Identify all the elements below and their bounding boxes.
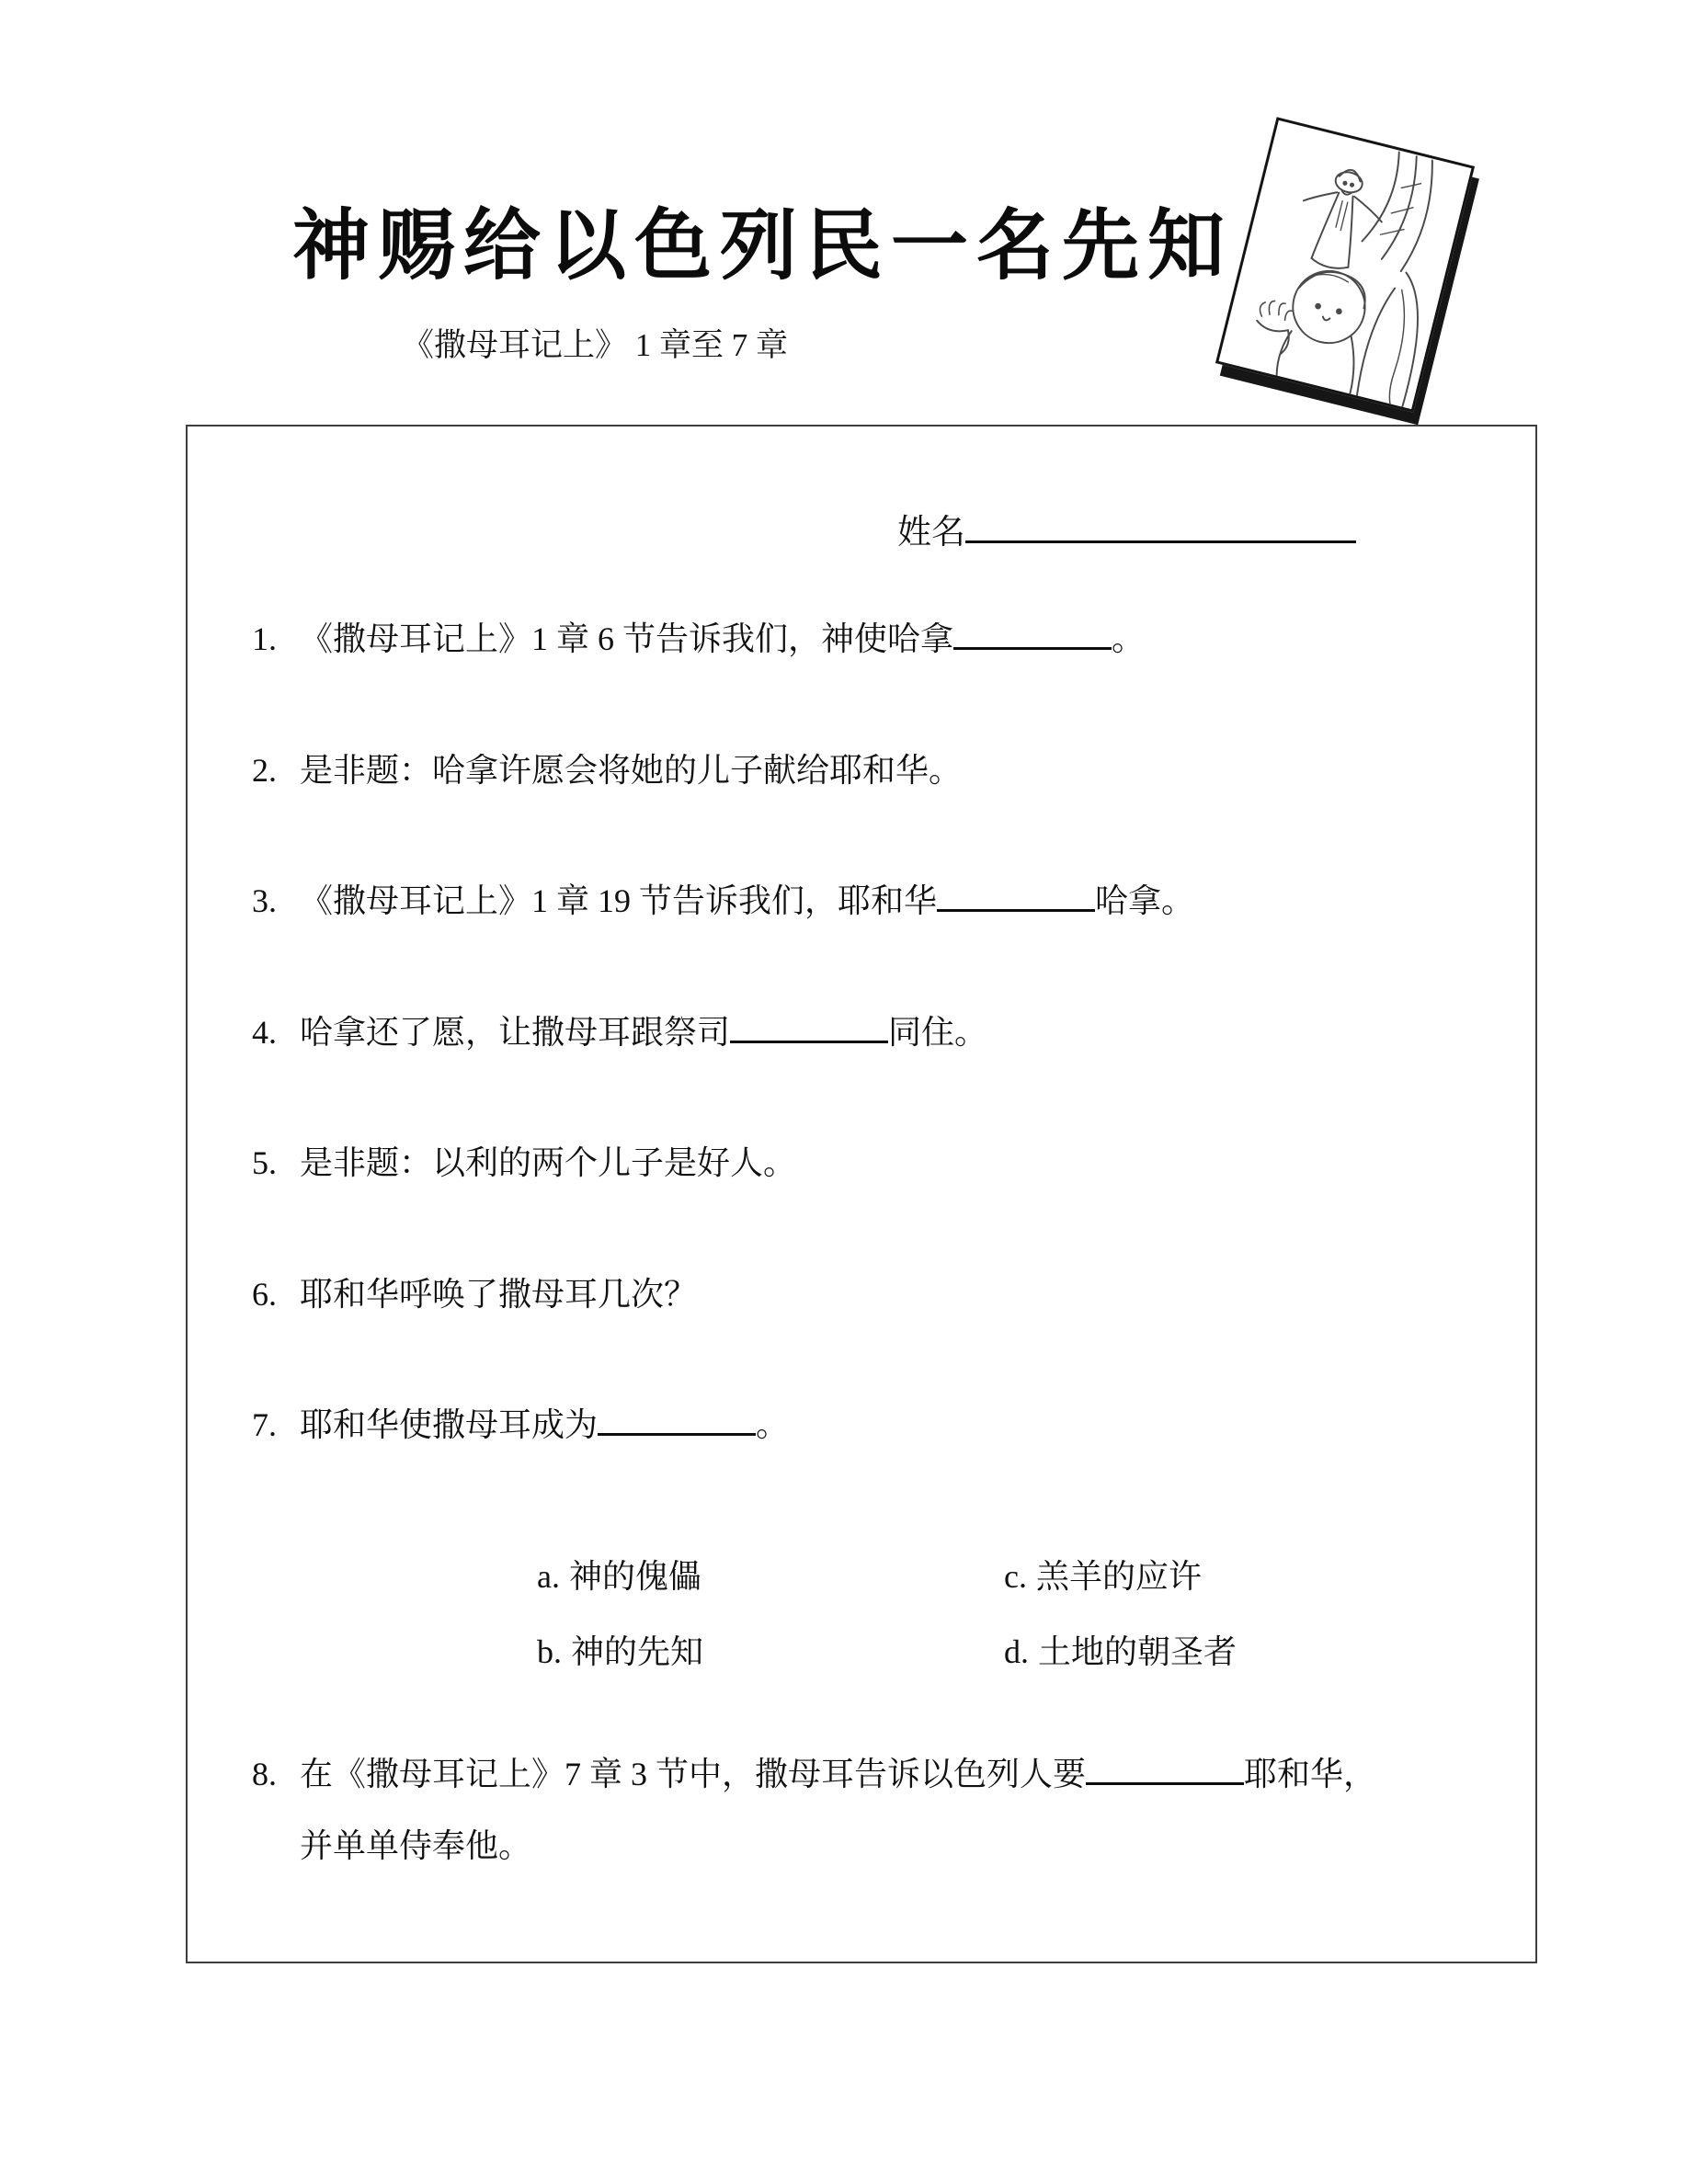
question-8-text: 在《撒母耳记上》7 章 3 节中，撒母耳告诉以色列人要 xyxy=(300,1756,1086,1792)
question-7-period: 。 xyxy=(756,1406,789,1443)
question-3-text-after: 哈拿。 xyxy=(1095,882,1194,919)
question-3: 3.《撒母耳记上》1 章 19 节告诉我们，耶和华哈拿。 xyxy=(252,875,1194,922)
choice-b: b.神的先知 xyxy=(537,1626,703,1673)
question-1-text: 《撒母耳记上》1 章 6 节告诉我们，神使哈拿 xyxy=(300,620,953,657)
question-6: 6.耶和华呼唤了撒母耳几次？ xyxy=(252,1268,697,1315)
question-4-text: 哈拿还了愿，让撒母耳跟祭司 xyxy=(300,1014,730,1051)
choice-c-text: 羔羊的应许 xyxy=(1036,1558,1202,1595)
choice-d: d.土地的朝圣者 xyxy=(1004,1626,1237,1673)
choice-d-text: 土地的朝圣者 xyxy=(1038,1633,1237,1670)
question-3-text: 《撒母耳记上》1 章 19 节告诉我们，耶和华 xyxy=(300,882,937,919)
question-4-number: 4. xyxy=(252,1013,300,1052)
choice-c: c.羔羊的应许 xyxy=(1004,1551,1202,1598)
question-7: 7.耶和华使撒母耳成为。 xyxy=(252,1399,789,1446)
question-1-period: 。 xyxy=(1112,620,1145,657)
choice-a-text: 神的傀儡 xyxy=(569,1558,701,1595)
question-2-number: 2. xyxy=(252,751,300,790)
choice-b-label: b. xyxy=(537,1633,562,1670)
question-5-number: 5. xyxy=(252,1143,300,1182)
choice-d-label: d. xyxy=(1004,1633,1029,1670)
question-8-line-2: 并单单侍奉他。 xyxy=(300,1820,531,1867)
choice-c-label: c. xyxy=(1004,1558,1027,1595)
name-blank-line xyxy=(965,508,1356,543)
question-1: 1.《撒母耳记上》1 章 6 节告诉我们，神使哈拿。 xyxy=(252,613,1145,660)
question-5-text: 是非题：以利的两个儿子是好人。 xyxy=(300,1144,796,1181)
bible-story-illustration xyxy=(1215,117,1475,413)
question-7-number: 7. xyxy=(252,1405,300,1444)
choice-a: a.神的傀儡 xyxy=(537,1551,701,1598)
question-3-blank-line xyxy=(937,879,1095,912)
page-subtitle: 《撒母耳记上》 1 章至 7 章 xyxy=(402,320,788,366)
question-4: 4.哈拿还了愿，让撒母耳跟祭司同住。 xyxy=(252,1007,987,1053)
choice-a-label: a. xyxy=(537,1558,560,1595)
choice-b-text: 神的先知 xyxy=(571,1633,703,1670)
questions-box: 姓名 1.《撒母耳记上》1 章 6 节告诉我们，神使哈拿。 2.是非题：哈拿许愿… xyxy=(186,425,1537,1963)
question-2-text: 是非题：哈拿许愿会将她的儿子献给耶和华。 xyxy=(300,752,962,789)
question-7-blank-line xyxy=(598,1403,756,1436)
question-1-blank-line xyxy=(953,617,1112,650)
question-8-line-1: 8.在《撒母耳记上》7 章 3 节中，撒母耳告诉以色列人要耶和华， xyxy=(252,1748,1376,1795)
worksheet-page: 神赐给以色列民一名先知 《撒母耳记上》 1 章至 7 章 xyxy=(0,0,1688,2184)
page-title: 神赐给以色列民一名先知 xyxy=(292,184,1233,295)
question-6-text: 耶和华呼唤了撒母耳几次？ xyxy=(300,1276,697,1313)
question-5: 5.是非题：以利的两个儿子是好人。 xyxy=(252,1137,796,1184)
question-8-blank-line xyxy=(1086,1752,1244,1785)
samuel-eli-hannah-drawing xyxy=(1219,120,1472,409)
question-8-text-after: 耶和华， xyxy=(1244,1756,1376,1792)
question-8-number: 8. xyxy=(252,1755,300,1793)
question-4-blank-line xyxy=(730,1010,888,1043)
question-4-text-after: 同住。 xyxy=(888,1014,987,1051)
question-6-number: 6. xyxy=(252,1275,300,1314)
question-1-number: 1. xyxy=(252,620,300,658)
question-2: 2.是非题：哈拿许愿会将她的儿子献给耶和华。 xyxy=(252,745,962,791)
question-3-number: 3. xyxy=(252,882,300,920)
question-7-text: 耶和华使撒母耳成为 xyxy=(300,1406,598,1443)
name-label: 姓名 xyxy=(897,514,965,552)
name-field-row: 姓名 xyxy=(897,504,1356,553)
